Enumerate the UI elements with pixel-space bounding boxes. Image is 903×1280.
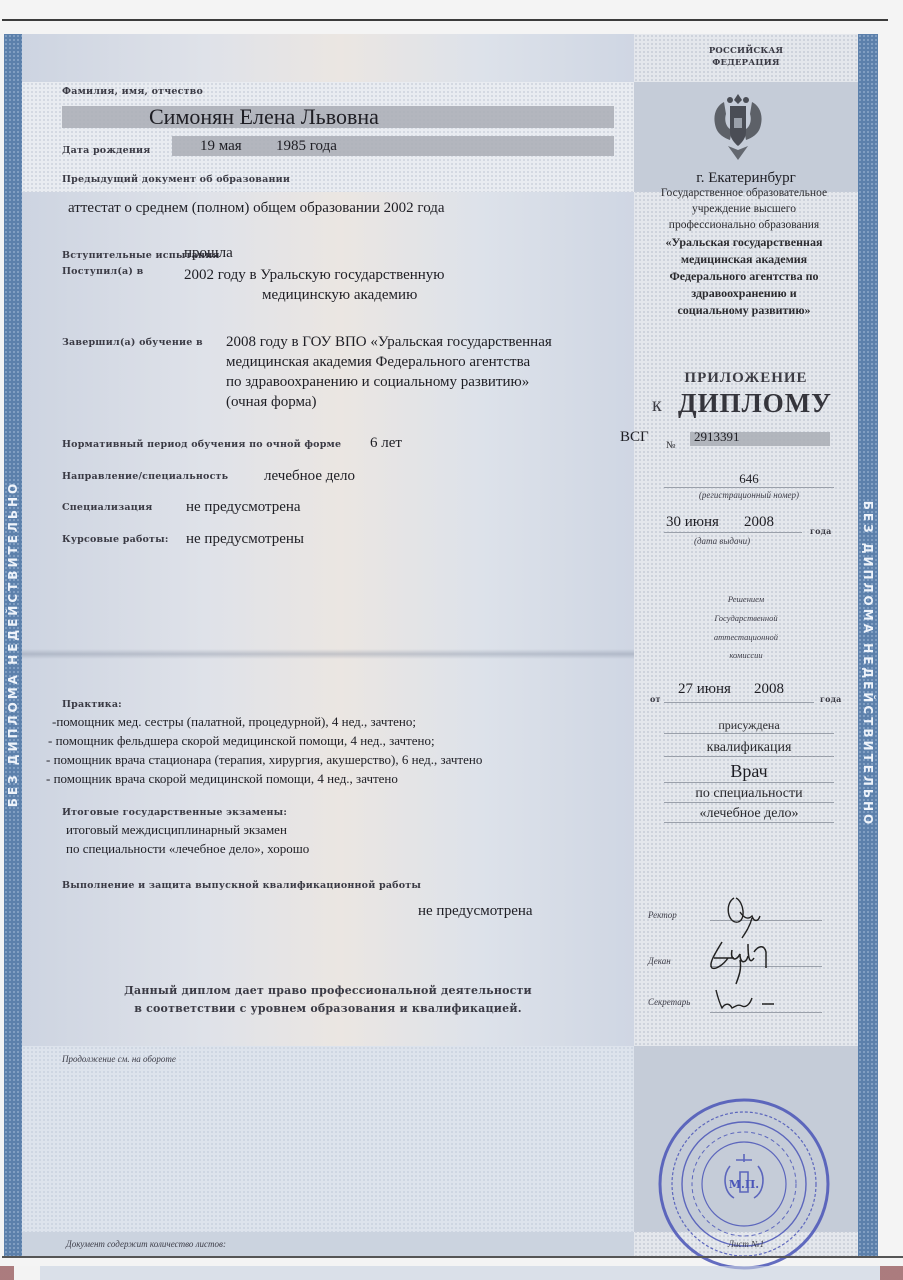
sheets-note: Документ содержит количество листов: [66, 1239, 226, 1249]
thesis-label: Выполнение и защита выпускной квалификац… [62, 880, 421, 891]
period-label: Нормативный период обучения по очной фор… [62, 439, 341, 450]
thesis-value: не предусмотрена [418, 903, 533, 920]
fio-label: Фамилия, имя, отчество [62, 86, 203, 97]
practice-item-3: - помощник врача стационара (терапия, хи… [46, 752, 482, 768]
coursework-value: не предусмотрены [186, 531, 304, 548]
decision-day-month: 27 июня [678, 681, 731, 698]
country-line-1: РОССИЙСКАЯ [634, 46, 858, 56]
series: ВСГ [620, 429, 649, 446]
institution-line-3: профессионально образования [630, 219, 858, 231]
from-word: от [650, 694, 661, 704]
fio-value: Симонян Елена Львовна [149, 104, 379, 130]
exams-label: Итоговые государственные экзамены: [62, 807, 287, 818]
institution-line-1: Государственное образовательное [630, 187, 858, 199]
title-appendix: ПРИЛОЖЕНИЕ [634, 370, 858, 387]
scan-bottom-edge [2, 1256, 903, 1258]
seal-text: М.П. [729, 1178, 759, 1191]
rights-line-1: Данный диплом дает право профессионально… [22, 984, 634, 997]
issue-year: 2008 [744, 514, 774, 531]
period-value: 6 лет [370, 435, 402, 452]
dob-day-month: 19 мая [200, 138, 242, 155]
dean-label: Декан [648, 956, 671, 966]
decision-year: 2008 [754, 681, 784, 698]
awarded: присуждена [664, 718, 834, 734]
practice-item-4: - помощник врача скорой медицинской помо… [46, 771, 398, 787]
number-sign: № [666, 440, 676, 451]
dean-signature-icon [704, 932, 784, 987]
decision-line-3: аттестационной [634, 632, 858, 642]
reg-number: 646 [664, 471, 834, 488]
rights-line-2: в соответствии с уровнем образования и к… [22, 1002, 634, 1015]
specialty-label: Направление/специальность [62, 471, 228, 482]
band-text-left: БЕЗ ДИПЛОМА НЕДЕЙСТВИТЕЛЬНО [6, 481, 20, 807]
prev-doc-value: аттестат о среднем (полном) общем образо… [68, 200, 445, 217]
band-text-right: БЕЗ ДИПЛОМА НЕДЕЙСТВИТЕЛЬНО [861, 501, 875, 827]
institution-name-2: медицинская академия [630, 252, 858, 267]
exams-line-1: итоговый междисциплинарный экзамен [66, 822, 287, 838]
qualification-specialty: «лечебное дело» [664, 806, 834, 823]
specialization-label: Специализация [62, 502, 152, 513]
decision-line-4: комиссии [634, 650, 858, 660]
qualification-label: квалификация [664, 740, 834, 757]
diploma-number: 2913391 [694, 429, 740, 445]
completed-line-2: медицинская академия Федерального агентс… [226, 354, 530, 371]
enrolled-value-line2: медицинскую академию [262, 287, 417, 304]
issue-caption: (дата выдачи) [694, 536, 750, 546]
institution-name-1: «Уральская государственная [630, 235, 858, 250]
issue-year-word: года [810, 526, 832, 536]
sheet-label: Лист №1 [634, 1239, 858, 1249]
continued-note: Продолжение см. на обороте [62, 1054, 176, 1064]
diploma-supplement-sheet: БЕЗ ДИПЛОМА НЕДЕЙСТВИТЕЛЬНО БЕЗ ДИПЛОМА … [4, 34, 878, 1256]
secretary-signature-icon [712, 984, 782, 1014]
right-security-band: БЕЗ ДИПЛОМА НЕДЕЙСТВИТЕЛЬНО [858, 34, 878, 1256]
secretary-label: Секретарь [648, 997, 690, 1007]
completed-line-4: (очная форма) [226, 394, 317, 411]
left-security-band: БЕЗ ДИПЛОМА НЕДЕЙСТВИТЕЛЬНО [4, 34, 22, 1256]
decision-line-2: Государственной [634, 613, 858, 623]
title-k: к [652, 394, 662, 417]
completed-line-1: 2008 году в ГОУ ВПО «Уральская государст… [226, 334, 552, 351]
exams-line-2: по специальности «лечебное дело», хорошо [66, 841, 309, 857]
entrance-value: прошла [184, 245, 233, 262]
institution-line-2: учреждение высшего [630, 203, 858, 215]
decision-year-word: года [820, 694, 842, 704]
coat-of-arms-emblem-icon [706, 86, 770, 166]
institution-name-3: Федерального агентства по [630, 269, 858, 284]
decision-line-1: Решением [634, 594, 858, 604]
coursework-label: Курсовые работы: [62, 534, 169, 545]
next-page-edge [0, 1266, 903, 1280]
city: г. Екатеринбург [634, 170, 858, 187]
country-line-2: ФЕДЕРАЦИЯ [634, 58, 858, 68]
specialty-value: лечебное дело [264, 468, 355, 485]
scan-top-edge [2, 19, 888, 21]
dob-label: Дата рождения [62, 145, 151, 156]
prev-doc-label: Предыдущий документ об образовании [62, 174, 290, 185]
fold-crease [22, 649, 634, 659]
completed-label: Завершил(а) обучение в [62, 337, 203, 348]
dob-year: 1985 года [276, 138, 337, 155]
completed-line-3: по здравоохранению и социальному развити… [226, 374, 529, 391]
reg-number-caption: (регистрационный номер) [664, 490, 834, 500]
practice-item-1: -помощник мед. сестры (палатной, процеду… [52, 714, 416, 730]
issue-day-month: 30 июня [666, 514, 719, 531]
practice-item-2: - помощник фельдшера скорой медицинской … [48, 733, 435, 749]
qualification-value: Врач [664, 761, 834, 783]
institution-name-5: социальному развитию» [630, 303, 858, 318]
enrolled-value-line1: 2002 году в Уральскую государственную [184, 267, 445, 284]
main-bottom-guilloche [22, 1046, 634, 1232]
practice-label: Практика: [62, 699, 122, 710]
specialization-value: не предусмотрена [186, 499, 301, 516]
title-diploma: ДИПЛОМУ [678, 388, 832, 419]
by-specialty: по специальности [664, 786, 834, 803]
institution-name-4: здравоохранению и [630, 286, 858, 301]
rector-label: Ректор [648, 910, 677, 920]
enrolled-label: Поступил(а) в [62, 266, 143, 277]
